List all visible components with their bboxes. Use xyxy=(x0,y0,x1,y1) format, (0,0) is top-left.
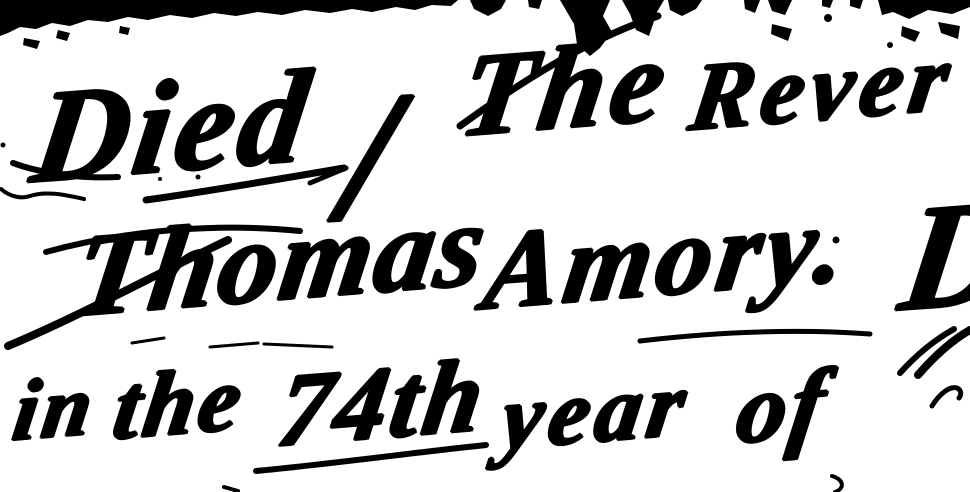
word-74th: 74th xyxy=(272,342,494,464)
word-thomas: Thomas xyxy=(67,184,495,336)
word-in: in xyxy=(8,360,103,454)
amory-underline xyxy=(640,331,870,341)
bottom-edge-curl xyxy=(832,476,842,492)
bottom-edge-mark xyxy=(224,487,238,491)
word-amory: Amory. xyxy=(477,186,858,328)
stray-dash xyxy=(132,338,164,343)
word-the-2: the xyxy=(108,351,251,455)
manuscript-page: Died / The Rever Thomas Amory. D in the … xyxy=(0,0,970,492)
ink-speck xyxy=(1,143,6,148)
ink-speck xyxy=(824,14,832,22)
word-rever: Rever xyxy=(684,28,962,146)
word-died: Died xyxy=(25,49,321,205)
clipped-letter-right xyxy=(932,388,961,406)
stray-dash xyxy=(264,344,332,347)
word-of: of xyxy=(731,354,835,461)
word-year: year xyxy=(496,356,697,464)
word-d: D xyxy=(893,175,970,336)
word-the: The xyxy=(453,20,678,156)
